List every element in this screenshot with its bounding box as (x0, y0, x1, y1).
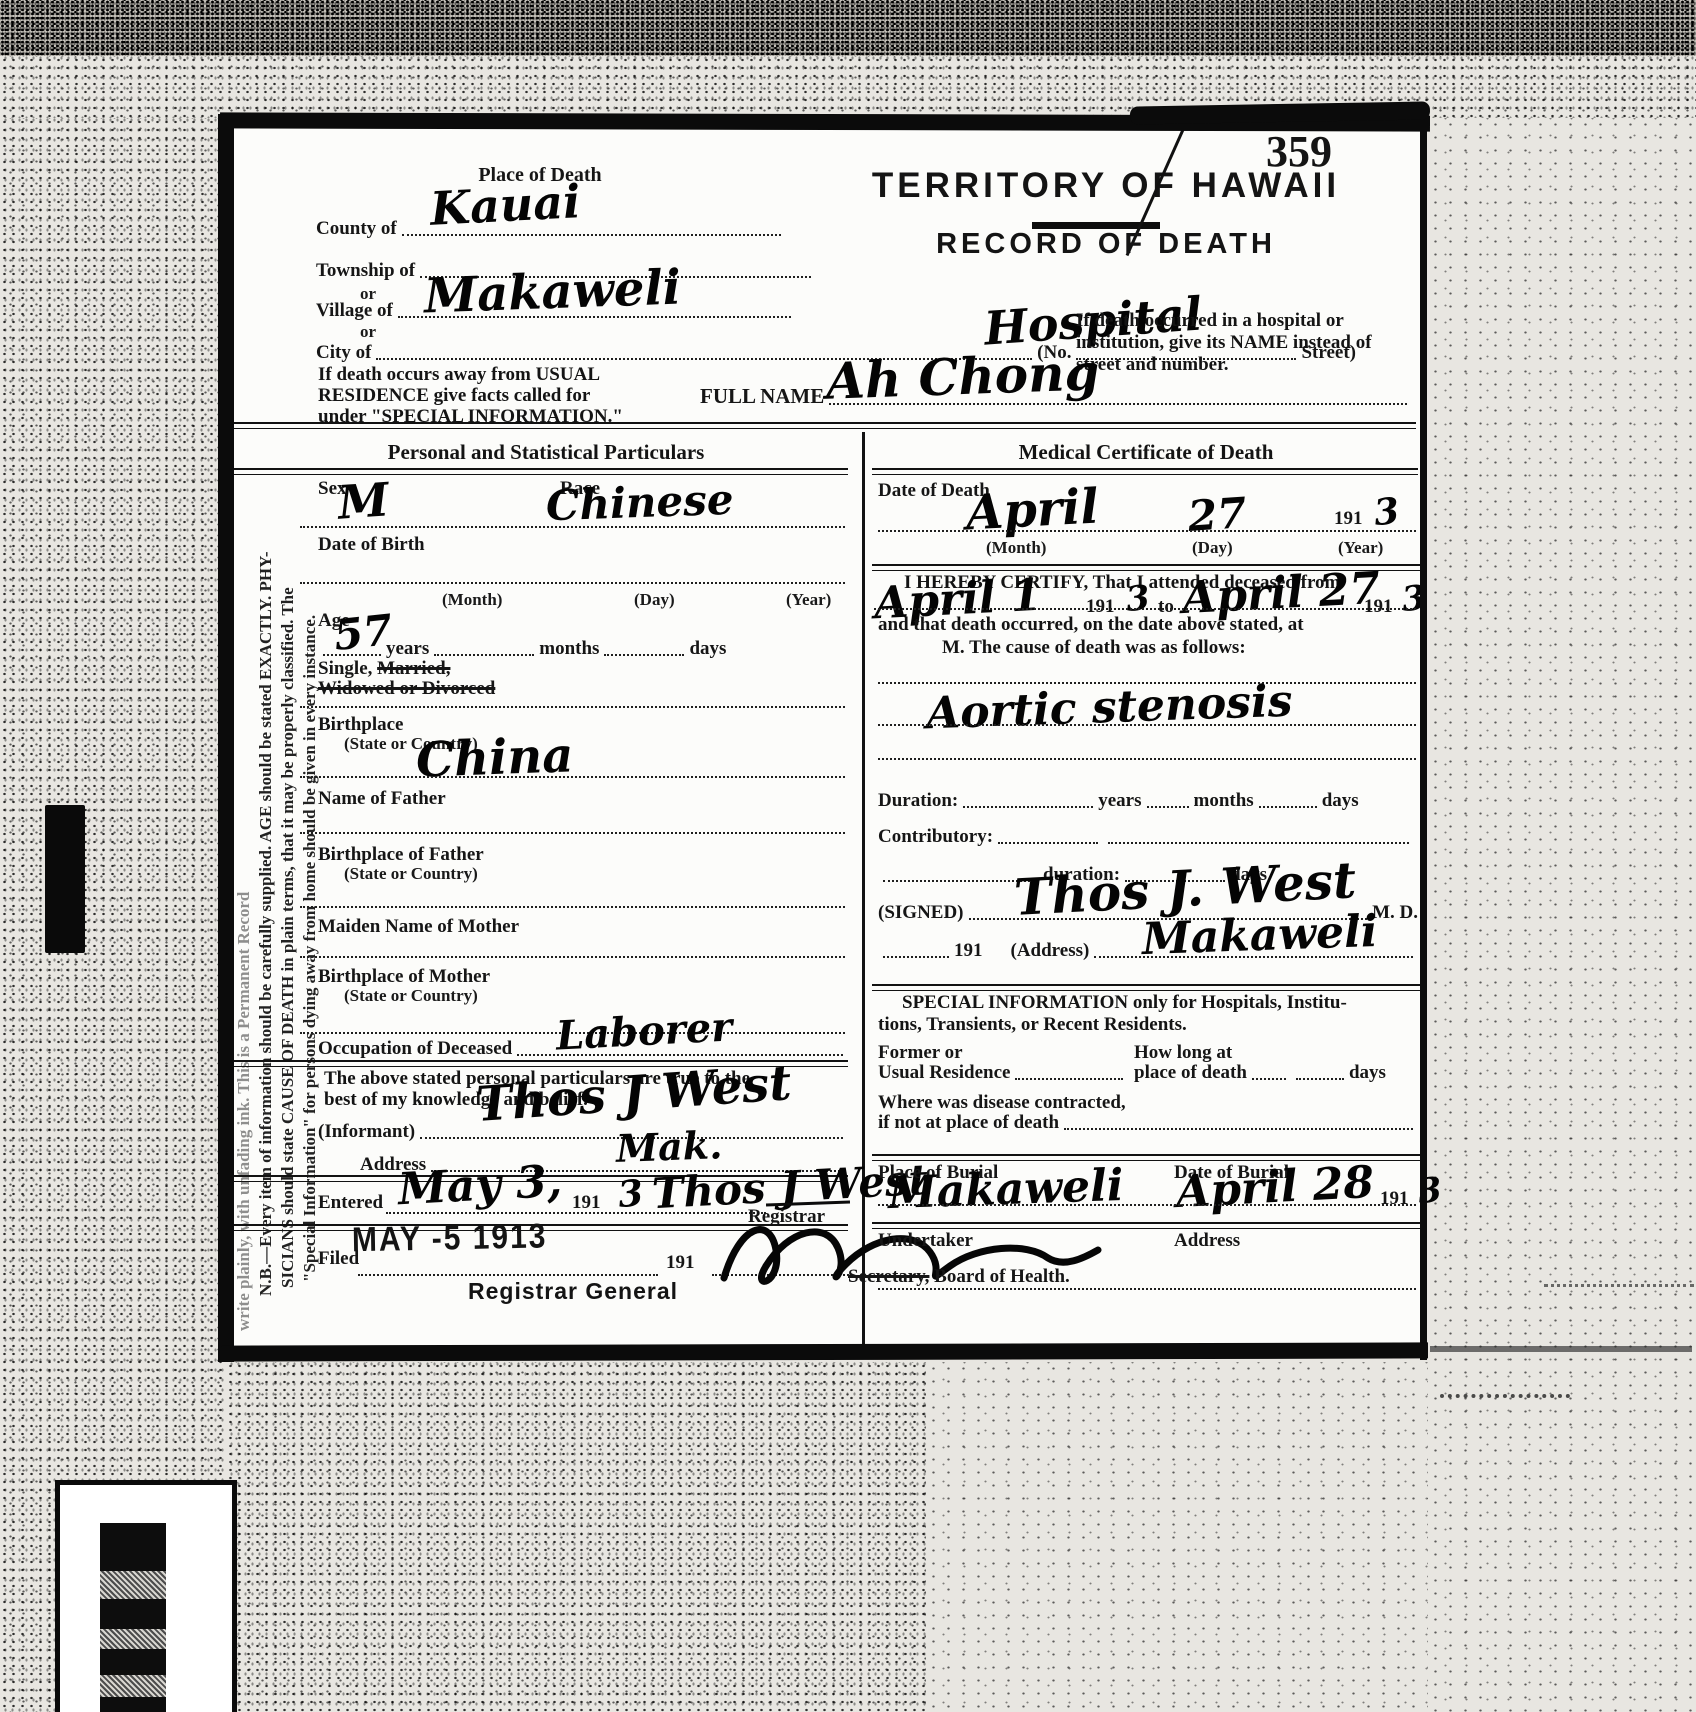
scan-artifact-bar (45, 805, 85, 953)
scanned-death-certificate-page: write plainly, with unfading ink. This i… (0, 0, 1696, 1712)
special-info-bold: SPECIAL INFORMATION (902, 992, 1128, 1013)
or-label-2: or (360, 322, 376, 342)
mother-birthplace-label: Birthplace of Mother (318, 966, 490, 988)
barcode-segment (100, 1571, 166, 1599)
sex-race-dotted-line (300, 526, 845, 528)
signed-address-label: (Address) (1011, 940, 1090, 962)
age-days-label: days (689, 638, 726, 660)
burial-dotted-line (878, 1204, 1416, 1206)
filed-year-prefix: 191 (666, 1252, 695, 1274)
board-of-health-label: Board of Health. (934, 1266, 1070, 1287)
duration-days-label: days (1322, 790, 1359, 812)
entered-year-digit-handwritten: 3 (616, 1175, 645, 1213)
duration-days-leader (1259, 804, 1317, 808)
death-year-prefix: 191 (1334, 508, 1363, 530)
scan-noise-bottom-left (226, 1362, 926, 1712)
death-year-digit-handwritten: 3 (1372, 493, 1401, 531)
filed-dotted-line (358, 1274, 658, 1276)
scan-streak (1430, 1346, 1692, 1352)
scan-dashes-1 (1544, 1284, 1694, 1287)
disease-contracted-label-2: if not at place of death (878, 1112, 1059, 1134)
attended-to-year-prefix: 191 (1364, 596, 1393, 618)
signed-address-handwritten: Makaweli (1141, 910, 1378, 962)
duration-row: Duration: years months days (878, 790, 1414, 812)
barcode-segment (100, 1523, 166, 1571)
barcode-segment (100, 1629, 166, 1649)
burial-year-prefix: 191 (1380, 1188, 1409, 1210)
dob-year-label: (Year) (786, 590, 831, 610)
barcode-segment (100, 1599, 166, 1629)
age-days-leader (604, 652, 684, 656)
sheet-edge-right (1420, 120, 1427, 1360)
contributory-leader-1 (998, 840, 1098, 844)
cause-dotted-line-3 (878, 758, 1416, 760)
scan-noise-top-band (0, 0, 1696, 56)
contributory-leader-2 (1108, 840, 1409, 844)
death-month-label: (Month) (986, 538, 1046, 558)
personal-section-heading: Personal and Statistical Particulars (286, 440, 806, 465)
residence-note-line2: RESIDENCE give facts called for (318, 385, 590, 407)
city-label: City of (316, 342, 371, 364)
attended-to-handwritten: April 27 (1181, 567, 1381, 621)
former-residence-row: Usual Residence (878, 1062, 1128, 1084)
barcode-segment (100, 1649, 166, 1675)
contributory-row: Contributory: (878, 826, 1414, 848)
record-title: RECORD OF DEATH (826, 228, 1386, 261)
county-label: County of (316, 218, 397, 240)
duration-years-leader (963, 804, 1093, 808)
howlong-leader-1 (1252, 1076, 1286, 1080)
personal-heading-rule (234, 468, 848, 475)
header-separator-rule (234, 422, 1416, 429)
marital-married-label-struck: Married, (377, 658, 450, 679)
medical-section-heading: Medical Certificate of Death (886, 440, 1406, 465)
occurred-line1: and that death occurred, on the date abo… (878, 614, 1304, 636)
occupation-handwritten-value: Laborer (555, 1007, 733, 1056)
age-months-leader (434, 652, 534, 656)
margin-note-faint: write plainly, with unfading ink. This i… (234, 892, 254, 1331)
dob-day-label: (Day) (634, 590, 675, 610)
date-of-birth-label: Date of Birth (318, 534, 425, 556)
duration-months-leader (1147, 804, 1189, 808)
medical-heading-rule (872, 468, 1418, 475)
howlong-row: place of death days (1134, 1062, 1418, 1084)
death-date-dotted-line (878, 530, 1416, 532)
entered-date-handwritten: May 3, (397, 1160, 563, 1213)
burial-rule-bottom (872, 1222, 1420, 1229)
father-name-label: Name of Father (318, 788, 446, 810)
cause-dotted-line-2 (878, 724, 1416, 726)
signed-year-leader (883, 954, 949, 958)
disease-contracted-row: if not at place of death (878, 1112, 1418, 1134)
hospital-note-line2: institution, give its NAME instead of (1076, 332, 1372, 354)
signed-rule (872, 984, 1420, 991)
dob-month-label: (Month) (442, 590, 502, 610)
scan-dashes-2 (1440, 1394, 1570, 1398)
undertaker-address-label: Address (1174, 1230, 1240, 1252)
county-handwritten-value: Kauai (429, 178, 582, 232)
sheet-edge-left (218, 114, 234, 1362)
age-handwritten-value: 57 (332, 609, 395, 657)
mother-name-label: Maiden Name of Mother (318, 916, 519, 938)
special-info-rest: only for Hospitals, Institu- (1128, 992, 1347, 1013)
signed-label: (SIGNED) (878, 902, 964, 924)
occurred-line2: M. The cause of death was as follows: (942, 637, 1246, 659)
burial-date-handwritten: April 28 (1175, 1161, 1375, 1215)
scan-noise-bottom-right (926, 1362, 1428, 1712)
duration-months-label: months (1194, 790, 1254, 812)
marital-status-line2-struck: Widowed or Divorced (318, 678, 495, 700)
disease-contracted-leader (1064, 1126, 1413, 1130)
sheet-edge-bottom (222, 1342, 1428, 1361)
informant-label: (Informant) (318, 1121, 415, 1143)
hospital-note-line1: If death occurred in a hospital or (1076, 310, 1344, 332)
residence-note-line1: If death occurs away from USUAL (318, 364, 600, 386)
barcode-segment (100, 1675, 166, 1697)
township-label: Township of (316, 260, 415, 282)
md-label: M. D. (1372, 902, 1418, 924)
signed-year-prefix: 191 (954, 940, 983, 962)
marital-single-label: Single, (318, 658, 372, 679)
cause-of-death-handwritten: Aortic stenosis (925, 680, 1293, 737)
undertaker-label: Undertaker (878, 1230, 973, 1252)
territory-title: TERRITORY OF HAWAII (826, 166, 1386, 206)
father-name-dotted-line (300, 832, 845, 834)
registrar-general-label: Registrar General (468, 1278, 678, 1305)
birthplace-dotted-line (300, 776, 845, 778)
father-state-country-label: (State or Country) (344, 864, 478, 884)
burial-place-handwritten: Makaweli (887, 1164, 1124, 1216)
death-day-label: (Day) (1192, 538, 1233, 558)
birthplace-label: Birthplace (318, 714, 404, 736)
entered-label: Entered (318, 1192, 383, 1214)
certificate-sheet: write plainly, with unfading ink. This i… (226, 126, 1424, 1354)
full-name-handwritten-value: Ah Chong (825, 347, 1100, 407)
howlong-label-2: place of death (1134, 1062, 1247, 1084)
scan-noise-top (0, 56, 1696, 118)
village-handwritten-value: Makaweli (423, 264, 681, 321)
race-handwritten-value: Chinese (545, 479, 734, 528)
marital-status-line1: Single, Married, (318, 658, 450, 680)
marital-dotted-line (300, 706, 845, 708)
special-info-line2: tions, Transients, or Recent Residents. (878, 1014, 1187, 1036)
entered-year-prefix: 191 (572, 1192, 601, 1214)
father-birthplace-dotted-line (300, 906, 845, 908)
age-months-label: months (539, 638, 599, 660)
death-year-label: (Year) (1338, 538, 1383, 558)
mother-name-dotted-line (300, 956, 845, 958)
former-residence-label-2: Usual Residence (878, 1062, 1010, 1084)
mother-state-country-label: (State or Country) (344, 986, 478, 1006)
scan-noise-left (0, 118, 226, 1712)
full-name-label: FULL NAME (700, 384, 824, 409)
attended-dotted-line (874, 608, 1416, 610)
disease-contracted-label-1: Where was disease contracted, (878, 1092, 1126, 1114)
sex-handwritten-value: M (336, 476, 390, 525)
village-label: Village of (316, 300, 393, 322)
occupation-label: Occupation of Deceased (318, 1038, 512, 1060)
howlong-days-label: days (1349, 1062, 1386, 1084)
secretary-label-struck: Secretary, (848, 1266, 929, 1287)
howlong-leader-2 (1296, 1076, 1344, 1080)
special-info-line1: SPECIAL INFORMATION only for Hospitals, … (902, 992, 1347, 1014)
father-birthplace-label: Birthplace of Father (318, 844, 484, 866)
calibration-box (55, 1480, 237, 1712)
contributory-label: Contributory: (878, 826, 993, 848)
margin-note-line2: SICIANS should state CAUSE OF DEATH in p… (278, 587, 298, 1288)
duration-label: Duration: (878, 790, 958, 812)
filed-date-stamp: MAY -5 1913 (352, 1217, 548, 1260)
barcode-segment (100, 1697, 166, 1712)
attended-from-year-digit: 3 (1124, 581, 1151, 617)
undertaker-dotted-line (878, 1288, 1416, 1290)
scan-noise-right (1428, 118, 1696, 1712)
former-residence-label-1: Former or (878, 1042, 963, 1064)
dob-dotted-line (300, 582, 845, 584)
board-of-health-line: Secretary, Board of Health. (848, 1266, 1070, 1288)
howlong-label-1: How long at (1134, 1042, 1232, 1064)
former-residence-leader (1015, 1076, 1123, 1080)
duration-years-label: years (1098, 790, 1141, 812)
margin-note-line1: N.B.—Every item of information should be… (256, 552, 276, 1296)
